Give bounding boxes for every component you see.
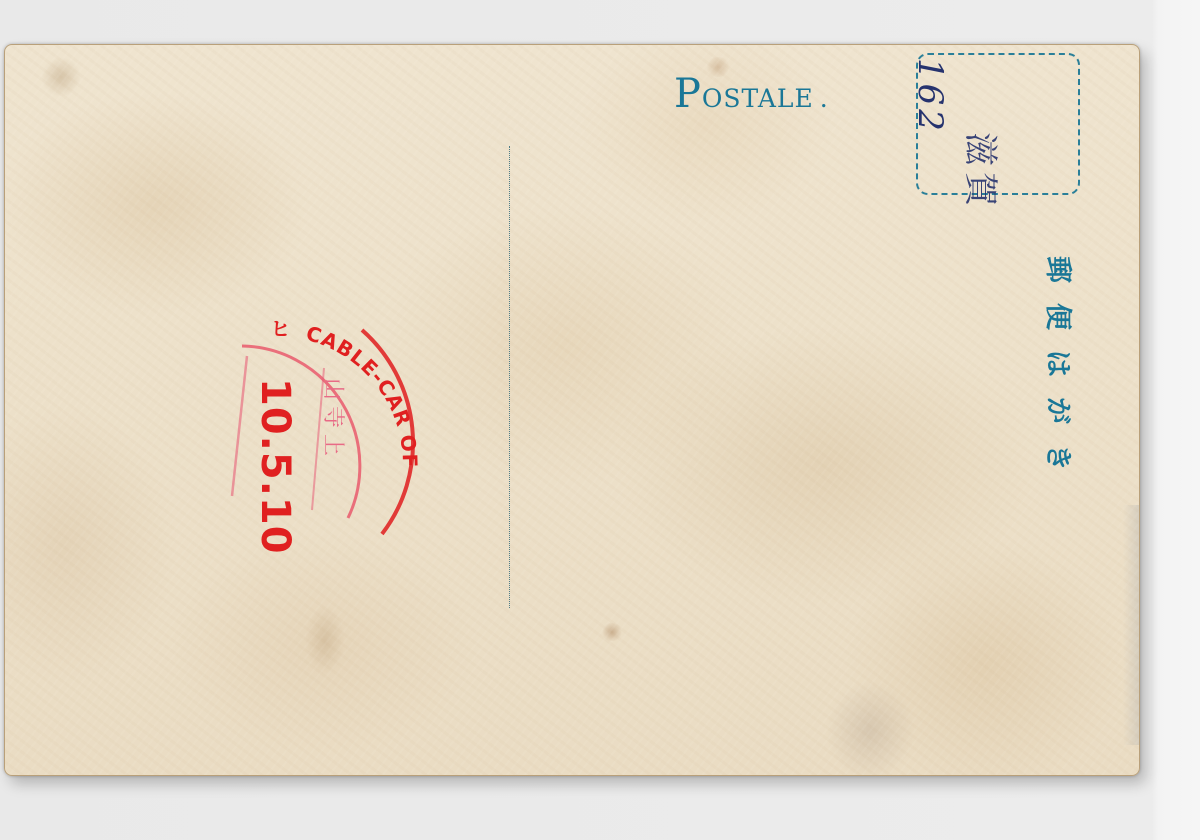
postmark-inner-text: 山寺上 [320,378,345,462]
scan-edge-strip [1123,505,1139,745]
postmark-graphic: ヒ CABLE-CAR OF 山寺上 10.5.10 [212,296,422,536]
postale-header: POSTALE. [674,74,829,114]
foxing-stain [41,57,81,97]
postmark-date: 10.5.10 [252,378,298,555]
postmark-cancellation: ヒ CABLE-CAR OF 山寺上 10.5.10 [212,296,422,536]
scan-background: POSTALE. 162 滋賀 郵便はがき ヒ CABLE-CAR OF 山寺上… [0,0,1200,840]
foxing-stain [825,681,915,776]
handwritten-number: 162 [910,58,950,135]
postale-rest: OSTALE [702,84,814,113]
postale-period: . [820,84,829,113]
foxing-stain [601,623,623,641]
address-divider-line [509,146,510,608]
yubin-hagaki-label: 郵便はがき [1041,256,1080,491]
postale-initial: P [674,71,702,117]
foxing-stain [305,605,345,675]
handwritten-place-name: 滋賀 [959,132,1008,212]
